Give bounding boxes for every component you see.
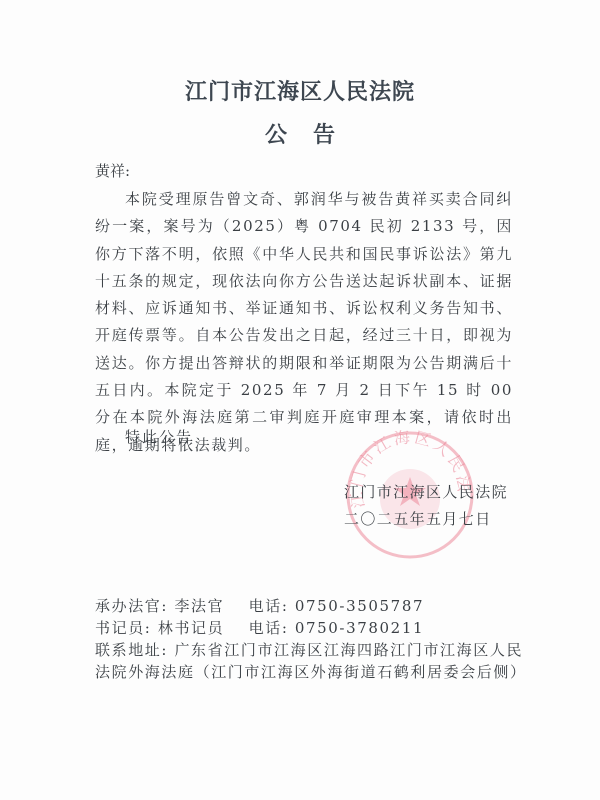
clerk-name: 林书记员 <box>158 619 224 637</box>
contact-info: 承办法官: 李法官 电话: 0750-3505787 书记员: 林书记员 电话:… <box>95 595 525 683</box>
signature-court: 江门市江海区人民法院 <box>344 479 508 506</box>
judge-label: 承办法官: <box>95 597 168 615</box>
address-label: 联系地址: <box>95 641 168 659</box>
closing-text: 特此公告 <box>125 426 193 447</box>
address-line1: 广东省江门市江海区江海四路江门市江海区人民 <box>174 641 523 659</box>
judge-name: 李法官 <box>174 597 224 615</box>
address-row-2: 法院外海法庭（江门市江海区外海街道石鹤利居委会后侧） <box>95 661 525 683</box>
notice-heading: 公告 <box>0 118 600 149</box>
court-notice-page: 江门市江海区人民法院 公告 黄祥: 本院受理原告曾文奇、郭润华与被告黄祥买卖合同… <box>0 0 600 800</box>
addressee: 黄祥: <box>95 160 130 181</box>
notice-body: 本院受理原告曾文奇、郭润华与被告黄祥买卖合同纠纷一案，案号为（2025）粤 07… <box>95 186 513 459</box>
judge-row: 承办法官: 李法官 电话: 0750-3505787 <box>95 595 525 617</box>
notice-paragraph: 本院受理原告曾文奇、郭润华与被告黄祥买卖合同纠纷一案，案号为（2025）粤 07… <box>95 186 513 459</box>
clerk-row: 书记员: 林书记员 电话: 0750-3780211 <box>95 617 525 639</box>
clerk-label: 书记员: <box>95 619 151 637</box>
signature-date: 二〇二五年五月七日 <box>344 506 508 533</box>
signature-block: 江门市江海区人民法院 二〇二五年五月七日 <box>344 479 508 533</box>
court-title: 江门市江海区人民法院 <box>0 75 600 106</box>
clerk-phone-label: 电话: <box>249 619 289 637</box>
judge-phone: 0750-3505787 <box>295 597 424 615</box>
address-row: 联系地址: 广东省江门市江海区江海四路江门市江海区人民 <box>95 639 525 661</box>
judge-phone-label: 电话: <box>249 597 289 615</box>
clerk-phone: 0750-3780211 <box>295 619 424 637</box>
